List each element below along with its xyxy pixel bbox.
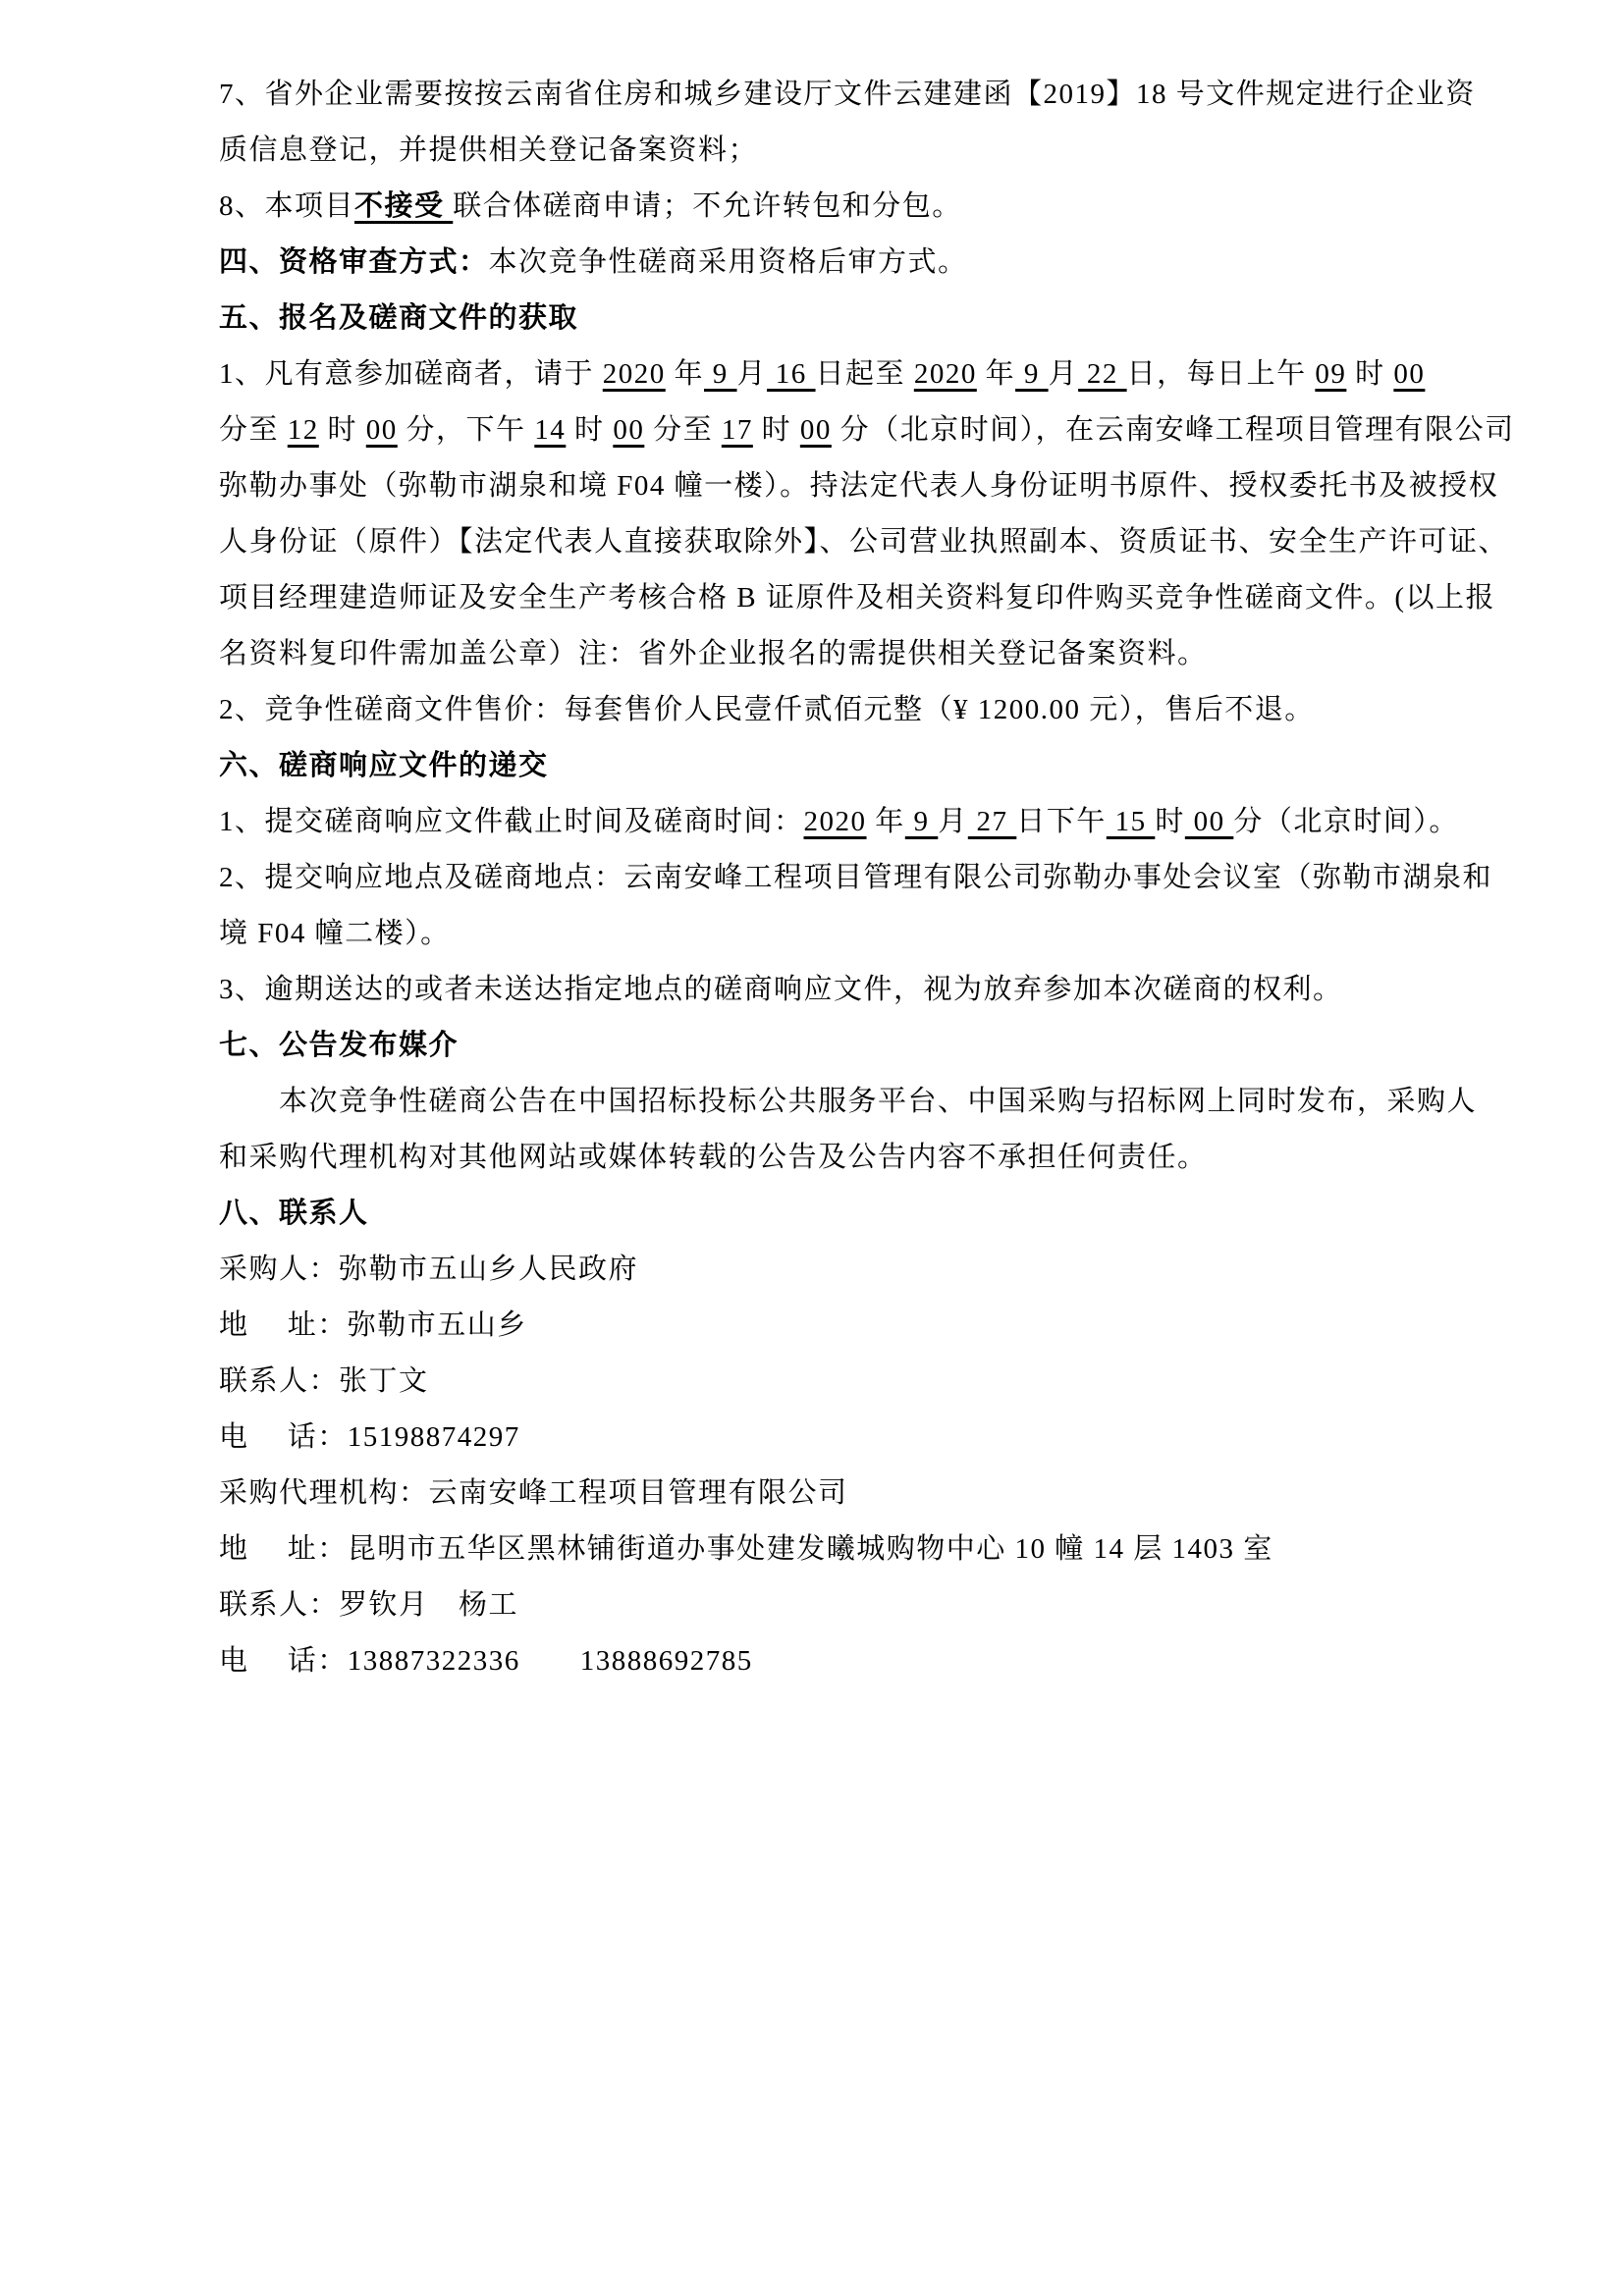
text-run: 联合体磋商申请；不允许转包和分包。 [453, 190, 962, 222]
text-run: 时 [753, 414, 800, 446]
text-run: 分，下午 [398, 414, 535, 446]
text-run: 采购代理机构：云南安峰工程项目管理有限公司 [219, 1477, 848, 1509]
section-6-item-3-overdue: 3、逾期送达的或者未送达指定地点的磋商响应文件，视为放弃参加本次磋商的权利。 [219, 962, 1415, 1018]
text-run-bold: 八、联系人 [219, 1198, 369, 1229]
text-run-underline: 2020 [603, 358, 666, 390]
text-run-underline: 16 [767, 358, 816, 390]
text-run: 年 [666, 358, 704, 390]
text-run: 电 话：13887322336 13888692785 [219, 1645, 753, 1677]
clause-8-no-consortium: 8、本项目不接受 联合体磋商申请；不允许转包和分包。 [219, 179, 1415, 235]
text-run: 分（北京时间）。 [1233, 806, 1459, 837]
text-run: 本次竞争性磋商公告在中国招标投标公共服务平台、中国采购与招标网上同时发布，采购人 [219, 1086, 1477, 1117]
text-run-bold: 七、公告发布媒介 [219, 1030, 459, 1061]
text-run-underline: 2020 [804, 806, 867, 837]
text-run: 日，每日上午 [1127, 358, 1316, 390]
text-run: 年 [977, 358, 1015, 390]
agency-contact: 联系人：罗钦月 杨工 [219, 1577, 1415, 1633]
text-run: 项目经理建造师证及安全生产考核合格 B 证原件及相关资料复印件购买竞争性磋商文件… [219, 582, 1495, 614]
clause-7-line-1: 7、省外企业需要按按云南省住房和城乡建设厅文件云建建函【2019】18 号文件规… [219, 67, 1415, 123]
text-run-underline: 2020 [914, 358, 977, 390]
text-run: 分至 [644, 414, 722, 446]
text-run: 弥勒办事处（弥勒市湖泉和境 F04 幢一楼）。持法定代表人身份证明书原件、授权委… [219, 470, 1498, 502]
section-7-body-line-2: 和采购代理机构对其他网站或媒体转载的公告及公告内容不承担任何责任。 [219, 1130, 1415, 1186]
text-run-underline: 00 [366, 414, 398, 446]
text-run: 联系人：罗钦月 杨工 [219, 1589, 518, 1621]
text-run: 采购人：弥勒市五山乡人民政府 [219, 1254, 638, 1285]
section-7-body-line-1: 本次竞争性磋商公告在中国招标投标公共服务平台、中国采购与招标网上同时发布，采购人 [219, 1074, 1415, 1130]
text-run: 电 话：15198874297 [219, 1421, 520, 1453]
text-run-underline: 9 [1015, 358, 1049, 390]
purchaser-address: 地 址：弥勒市五山乡 [219, 1298, 1415, 1354]
text-run: 时 [1346, 358, 1393, 390]
text-run: 8、本项目 [219, 190, 354, 222]
text-run-underline: 15 [1107, 806, 1156, 837]
purchaser-contact: 联系人：张丁文 [219, 1354, 1415, 1410]
text-run: 1、凡有意参加磋商者，请于 [219, 358, 603, 390]
text-run-underline: 00 [613, 414, 644, 446]
text-run-underline: 09 [1315, 358, 1346, 390]
text-run: 2、提交响应地点及磋商地点：云南安峰工程项目管理有限公司弥勒办事处会议室（弥勒市… [219, 862, 1492, 893]
text-run: 分至 [219, 414, 288, 446]
text-run: 2、竞争性磋商文件售价：每套售价人民壹仟贰佰元整（¥ 1200.00 元），售后… [219, 694, 1315, 725]
text-run: 时 [319, 414, 366, 446]
text-run: 月 [737, 358, 768, 390]
section-5-item-1-line-5: 项目经理建造师证及安全生产考核合格 B 证原件及相关资料复印件购买竞争性磋商文件… [219, 570, 1415, 626]
text-run: 日起至 [816, 358, 914, 390]
text-run-bold: 四、资格审查方式： [219, 246, 489, 278]
text-run-underline: 14 [534, 414, 566, 446]
text-run: 年 [867, 806, 905, 837]
text-run: 和采购代理机构对其他网站或媒体转载的公告及公告内容不承担任何责任。 [219, 1142, 1208, 1173]
text-run: 月 [938, 806, 968, 837]
text-run-underline: 27 [968, 806, 1017, 837]
text-run-underline: 9 [704, 358, 737, 390]
section-5-item-1-line-4: 人身份证（原件）【法定代表人直接获取除外】、公司营业执照副本、资质证书、安全生产… [219, 514, 1415, 570]
section-6-heading: 六、磋商响应文件的递交 [219, 738, 1415, 794]
agency-name: 采购代理机构：云南安峰工程项目管理有限公司 [219, 1466, 1415, 1522]
text-run: 境 F04 幢二楼）。 [219, 918, 451, 949]
section-7-heading: 七、公告发布媒介 [219, 1018, 1415, 1074]
text-run: 日下午 [1016, 806, 1107, 837]
text-run: 地 址：昆明市五华区黑林铺街道办事处建发曦城购物中心 10 幢 14 层 140… [219, 1533, 1273, 1565]
text-run: 联系人：张丁文 [219, 1365, 429, 1397]
text-run: 3、逾期送达的或者未送达指定地点的磋商响应文件，视为放弃参加本次磋商的权利。 [219, 974, 1343, 1005]
section-4-qualification-review: 四、资格审查方式：本次竞争性磋商采用资格后审方式。 [219, 235, 1415, 291]
text-run: 7、省外企业需要按按云南省住房和城乡建设厅文件云建建函【2019】18 号文件规… [219, 79, 1476, 110]
text-run-bold: 六、磋商响应文件的递交 [219, 750, 549, 781]
agency-phone: 电 话：13887322336 13888692785 [219, 1633, 1415, 1689]
section-5-item-1-line-6: 名资料复印件需加盖公章）注：省外企业报名的需提供相关登记备案资料。 [219, 626, 1415, 682]
text-run-bold-underline: 不接受 [354, 190, 453, 222]
text-run-underline: 00 [800, 414, 832, 446]
text-run: 1、提交磋商响应文件截止时间及磋商时间： [219, 806, 804, 837]
text-run-underline: 00 [1393, 358, 1425, 390]
section-5-item-1-line-2: 分至 12 时 00 分，下午 14 时 00 分至 17 时 00 分（北京时… [219, 402, 1415, 458]
section-5-item-1-line-3: 弥勒办事处（弥勒市湖泉和境 F04 幢一楼）。持法定代表人身份证明书原件、授权委… [219, 458, 1415, 514]
section-5-item-1-line-1: 1、凡有意参加磋商者，请于 2020 年 9 月 16 日起至 2020 年 9… [219, 347, 1415, 402]
section-5-item-2-price: 2、竞争性磋商文件售价：每套售价人民壹仟贰佰元整（¥ 1200.00 元），售后… [219, 682, 1415, 738]
text-run: 地 址：弥勒市五山乡 [219, 1309, 527, 1341]
text-run: 分（北京时间），在云南安峰工程项目管理有限公司 [832, 414, 1515, 446]
text-run-underline: 17 [722, 414, 753, 446]
text-run: 月 [1049, 358, 1079, 390]
purchaser-name: 采购人：弥勒市五山乡人民政府 [219, 1242, 1415, 1298]
purchaser-phone: 电 话：15198874297 [219, 1410, 1415, 1466]
text-run: 人身份证（原件）【法定代表人直接获取除外】、公司营业执照副本、资质证书、安全生产… [219, 526, 1508, 558]
text-run: 名资料复印件需加盖公章）注：省外企业报名的需提供相关登记备案资料。 [219, 638, 1208, 669]
agency-address: 地 址：昆明市五华区黑林铺街道办事处建发曦城购物中心 10 幢 14 层 140… [219, 1522, 1415, 1577]
text-run-underline: 22 [1078, 358, 1127, 390]
document-content: 7、省外企业需要按按云南省住房和城乡建设厅文件云建建函【2019】18 号文件规… [219, 67, 1415, 1689]
section-5-heading: 五、报名及磋商文件的获取 [219, 291, 1415, 347]
text-run: 本次竞争性磋商采用资格后审方式。 [489, 246, 968, 278]
section-8-heading: 八、联系人 [219, 1186, 1415, 1242]
section-6-item-1-deadline: 1、提交磋商响应文件截止时间及磋商时间：2020 年 9 月 27 日下午 15… [219, 794, 1415, 850]
section-6-item-2-location-line-2: 境 F04 幢二楼）。 [219, 906, 1415, 962]
text-run: 质信息登记，并提供相关登记备案资料； [219, 134, 758, 166]
text-run-underline: 9 [905, 806, 939, 837]
text-run-underline: 12 [288, 414, 319, 446]
text-run-underline: 00 [1185, 806, 1234, 837]
text-run: 时 [1155, 806, 1185, 837]
text-run-bold: 五、报名及磋商文件的获取 [219, 302, 578, 334]
text-run: 时 [566, 414, 613, 446]
section-6-item-2-location-line-1: 2、提交响应地点及磋商地点：云南安峰工程项目管理有限公司弥勒办事处会议室（弥勒市… [219, 850, 1415, 906]
document-page: 7、省外企业需要按按云南省住房和城乡建设厅文件云建建函【2019】18 号文件规… [0, 0, 1624, 2296]
clause-7-line-2: 质信息登记，并提供相关登记备案资料； [219, 123, 1415, 179]
